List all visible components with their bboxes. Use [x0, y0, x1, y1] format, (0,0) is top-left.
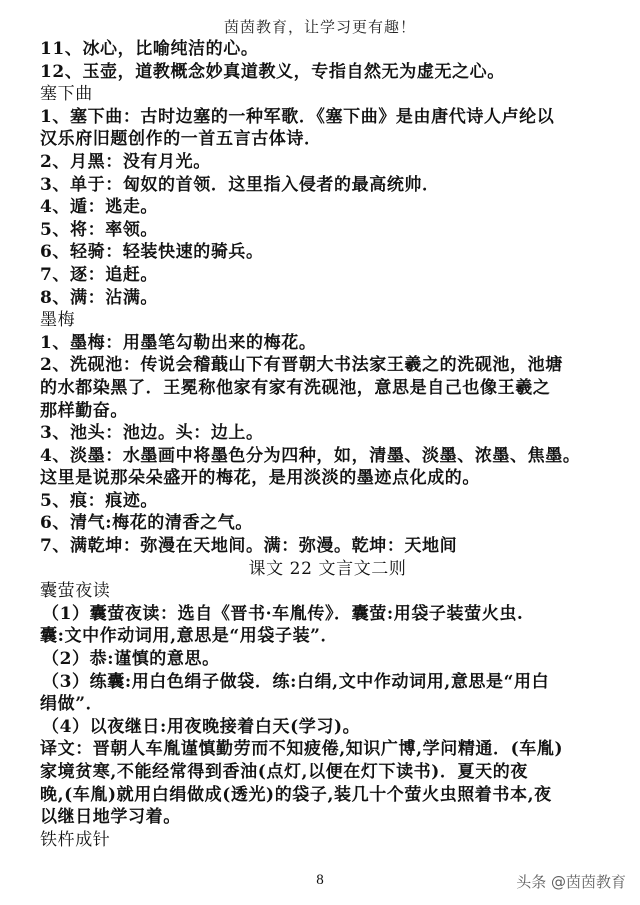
translation-line: 晚,(车胤)就用白绢做成(透光)的袋子,装几十个萤火虫照着书本,夜 — [40, 784, 615, 807]
note-line: 汉乐府旧题创作的一首五言古体诗． — [40, 128, 615, 151]
note-line: 绢做”． — [40, 693, 615, 716]
translation-line: 以继日地学习着。 — [40, 806, 615, 829]
note-line: 12、玉壶，道教概念妙真道教义，专指自然无为虚无之心。 — [40, 61, 615, 84]
note-line: 8、满：沾满。 — [40, 287, 615, 310]
note-line: 7、逐：追赶。 — [40, 264, 615, 287]
section-title-nangyingyedu: 囊萤夜读 — [40, 580, 615, 603]
note-line: 的水都染黑了．王冕称他家有家有洗砚池，意思是自己也像王羲之 — [40, 377, 615, 400]
note-line: 5、将：率领。 — [40, 219, 615, 242]
note-line: 3、单于：匈奴的首领．这里指入侵者的最高统帅． — [40, 174, 615, 197]
note-line: 4、淡墨：水墨画中将墨色分为四种，如，清墨、淡墨、浓墨、焦墨。 — [40, 445, 615, 468]
note-line: 1、塞下曲：古时边塞的一种军歌．《塞下曲》是由唐代诗人卢纶以 — [40, 106, 615, 129]
document-body: 11、冰心，比喻纯洁的心。 12、玉壶，道教概念妙真道教义，专指自然无为虚无之心… — [40, 38, 615, 851]
watermark: 头条 @茵茵教育 — [516, 871, 626, 892]
section-title-momei: 墨梅 — [40, 309, 615, 332]
translation-line: 译文：晋朝人车胤谨慎勤劳而不知疲倦,知识广博,学问精通．(车胤) — [40, 738, 615, 761]
note-line: 囊:文中作动词用,意思是“用袋子装”． — [40, 625, 615, 648]
note-line: （1）囊萤夜读：选自《晋书·车胤传》．囊萤:用袋子装萤火虫. — [40, 603, 615, 626]
note-line: （4）以夜继日:用夜晚接着白天(学习)。 — [40, 716, 615, 739]
lesson-heading: 课文 22 文言文二则 — [40, 558, 615, 581]
note-line: 2、月黑：没有月光。 — [40, 151, 615, 174]
note-line: （3）练囊:用白色绢子做袋．练:白绢,文中作动词用,意思是“用白 — [40, 671, 615, 694]
note-line: 6、清气:梅花的清香之气。 — [40, 512, 615, 535]
page-header: 茵茵教育，让学习更有趣！ — [0, 16, 640, 37]
note-line: 1、墨梅：用墨笔勾勒出来的梅花。 — [40, 332, 615, 355]
note-line: 5、痕：痕迹。 — [40, 490, 615, 513]
note-line: 11、冰心，比喻纯洁的心。 — [40, 38, 615, 61]
note-line: 4、遁：逃走。 — [40, 196, 615, 219]
note-line: 7、满乾坤：弥漫在天地间。满：弥漫。乾坤：天地间 — [40, 535, 615, 558]
note-line: 那样勤奋。 — [40, 400, 615, 423]
note-line: 3、池头：池边。头：边上。 — [40, 422, 615, 445]
note-line: （2）恭:谨慎的意思。 — [40, 648, 615, 671]
note-line: 这里是说那朵朵盛开的梅花，是用淡淡的墨迹点化成的。 — [40, 467, 615, 490]
section-title-tiechuchengzhen: 铁杵成针 — [40, 829, 615, 852]
note-line: 6、轻骑：轻装快速的骑兵。 — [40, 241, 615, 264]
section-title-saixiaqu: 塞下曲 — [40, 83, 615, 106]
note-line: 2、洗砚池：传说会稽蕺山下有晋朝大书法家王羲之的洗砚池，池塘 — [40, 354, 615, 377]
translation-line: 家境贫寒,不能经常得到香油(点灯,以便在灯下读书)．夏天的夜 — [40, 761, 615, 784]
